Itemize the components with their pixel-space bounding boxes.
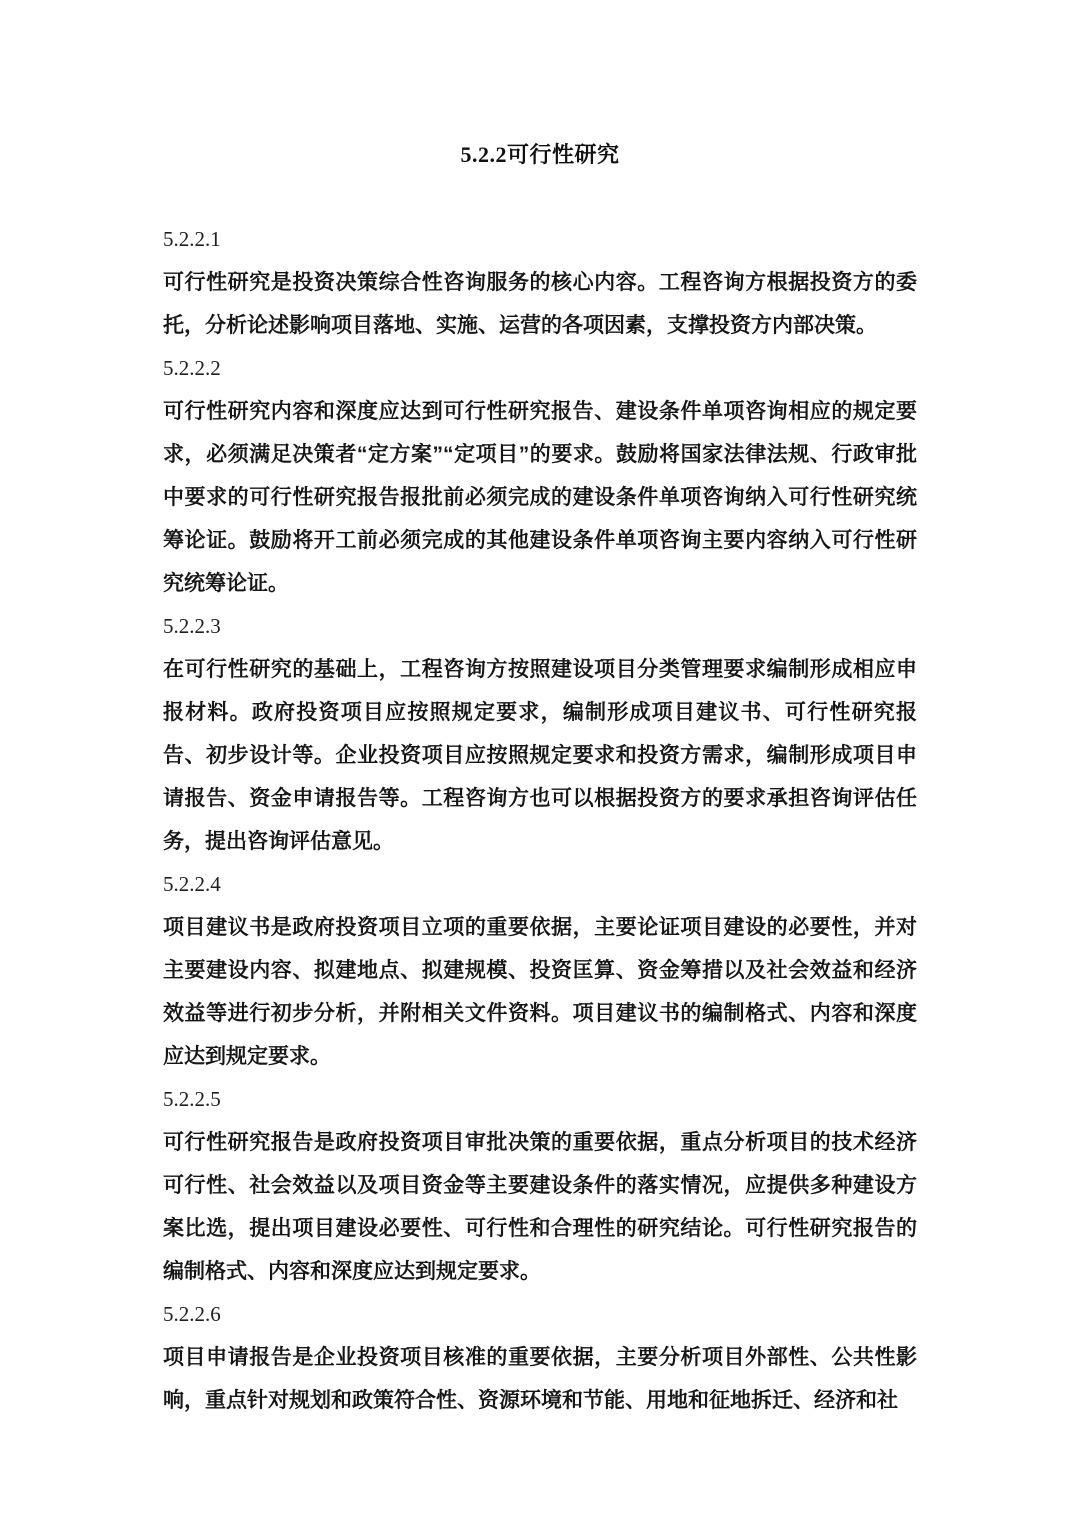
section-paragraph: 项目申请报告是企业投资项目核准的重要依据，主要分析项目外部性、公共性影响，重点针… xyxy=(163,1336,917,1422)
section-paragraph: 项目建议书是政府投资项目立项的重要依据，主要论证项目建设的必要性，并对主要建设内… xyxy=(163,906,917,1078)
section-number: 5.2.2.6 xyxy=(163,1293,917,1336)
section-paragraph: 可行性研究是投资决策综合性咨询服务的核心内容。工程咨询方根据投资方的委托，分析论… xyxy=(163,261,917,347)
document-page: 5.2.2可行性研究 5.2.2.1 可行性研究是投资决策综合性咨询服务的核心内… xyxy=(0,0,1080,1527)
section-number: 5.2.2.4 xyxy=(163,863,917,906)
document-section: 5.2.2.6 项目申请报告是企业投资项目核准的重要依据，主要分析项目外部性、公… xyxy=(163,1293,917,1422)
section-number: 5.2.2.1 xyxy=(163,218,917,261)
section-paragraph: 可行性研究报告是政府投资项目审批决策的重要依据，重点分析项目的技术经济可行性、社… xyxy=(163,1121,917,1293)
section-number: 5.2.2.2 xyxy=(163,347,917,390)
document-section: 5.2.2.1 可行性研究是投资决策综合性咨询服务的核心内容。工程咨询方根据投资… xyxy=(163,218,917,347)
section-paragraph: 可行性研究内容和深度应达到可行性研究报告、建设条件单项咨询相应的规定要求，必须满… xyxy=(163,390,917,605)
document-sections: 5.2.2.1 可行性研究是投资决策综合性咨询服务的核心内容。工程咨询方根据投资… xyxy=(163,218,917,1422)
document-section: 5.2.2.3 在可行性研究的基础上，工程咨询方按照建设项目分类管理要求编制形成… xyxy=(163,605,917,863)
document-section: 5.2.2.4 项目建议书是政府投资项目立项的重要依据，主要论证项目建设的必要性… xyxy=(163,863,917,1078)
document-section: 5.2.2.5 可行性研究报告是政府投资项目审批决策的重要依据，重点分析项目的技… xyxy=(163,1078,917,1293)
section-number: 5.2.2.5 xyxy=(163,1078,917,1121)
document-section: 5.2.2.2 可行性研究内容和深度应达到可行性研究报告、建设条件单项咨询相应的… xyxy=(163,347,917,605)
section-number: 5.2.2.3 xyxy=(163,605,917,648)
section-paragraph: 在可行性研究的基础上，工程咨询方按照建设项目分类管理要求编制形成相应申报材料。政… xyxy=(163,648,917,863)
page-title: 5.2.2可行性研究 xyxy=(163,133,917,176)
